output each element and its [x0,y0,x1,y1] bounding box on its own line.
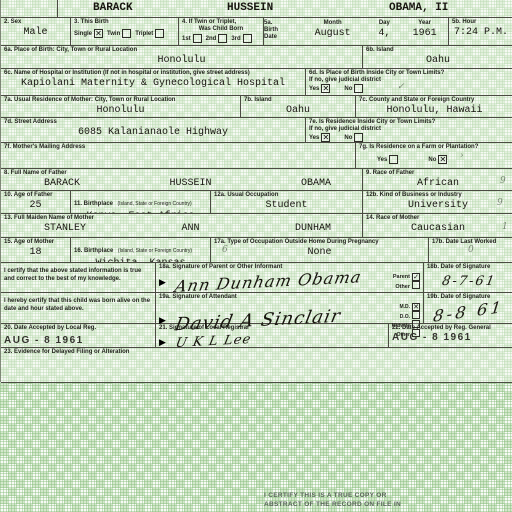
pencil-mark: 1 [502,223,508,232]
row-parent-signature: I certify that the above stated informat… [1,263,512,293]
parent-check-label: Parent [393,274,410,280]
field-8-label: 8. Full Name of Father [4,170,359,177]
field-19a-attendant-signature: 19a. Signature of Attendant ▶ David A Si… [156,293,424,323]
field-6a-place-of-birth: 6a. Place of Birth: City, Town or Rural … [1,46,363,68]
checkbox-parent: ✓ [412,273,420,281]
field-7f-label: 7f. Mother's Mailing Address [4,144,352,151]
field-11-label: 11. Birthplace [74,201,113,207]
checkbox-3rd [243,34,252,43]
field-16-label2: (Island, State or Foreign Country) [118,248,192,254]
row-attendant-signature: I hereby certify that this child was bor… [1,293,512,324]
field-15-mother-age: 15. Age of Mother 18 [1,238,71,262]
certification-statement-1-text: I certify that the above stated informat… [4,264,152,283]
reg-general-date-stamp: AUG - 8 1961 [392,332,510,343]
field-21-registrar-signature: 21. Signature of Local Registrar ▶ U K L… [156,324,389,347]
field-7g-label: 7g. Is Residence on a Farm or Plantation… [359,144,510,151]
field-6a-value: Honolulu [4,55,359,67]
field-12b-label: 12b. Kind of Business or Industry [366,192,510,199]
field-10-label: 10. Age of Father [4,192,67,199]
field-7e-no-label: No [344,134,352,142]
certificate-form: BARACK HUSSEIN OBAMA, II 2. Sex Male 3. … [0,0,512,382]
birth-year-value: 1961 [401,28,448,40]
row-street-address: 7d. Street Address 6085 Kalanianaole Hig… [1,118,512,143]
mother-maiden-name: DUNHAM [295,223,331,235]
field-7c-value: Honolulu, Hawaii [359,105,510,117]
field-this-birth-label: 3. This Birth [74,19,175,26]
pencil-mark: ✓ [397,83,405,92]
other-check-label: Other [395,284,410,290]
local-reg-date-stamp: AUG - 8 1961 [4,335,152,346]
father-middle-name: HUSSEIN [169,178,211,190]
row-place-of-birth: 6a. Place of Birth: City, Town or Rural … [1,46,512,69]
field-7c-label: 7c. County and State or Foreign Country [359,97,510,104]
field-10-value: 25 [4,200,67,212]
field-23-delayed-filing: 23. Evidence for Delayed Filing or Alter… [1,348,512,382]
field-15-value: 18 [4,247,67,259]
field-9-value: African [366,178,510,190]
field-18b-value: 8-7-61 [440,275,496,289]
row-father-name: 8. Full Name of Father BARACK HUSSEIN OB… [1,169,512,191]
field-17a-value: None [214,247,425,259]
field-19b-value: 8-8 61 [432,300,504,323]
row-birth-details: 2. Sex Male 3. This Birth Single ✕ Twin … [1,18,512,46]
checkbox-7g-yes [389,155,398,164]
field-6d-label: 6d. Is Place of Birth Inside City or Tow… [309,70,510,77]
field-20-label: 20. Date Accepted by Local Reg. [4,325,152,332]
checkbox-triplet [155,29,164,38]
pencil-mark: › [460,152,464,161]
checkbox-6d-yes: ✕ [321,84,330,93]
field-7d-label: 7d. Street Address [4,119,302,126]
field-this-birth: 3. This Birth Single ✕ Twin Triplet [71,18,179,45]
field-twin-order-label1: 4. If Twin or Triplet, [182,19,260,26]
field-6d-yes-label: Yes [309,85,319,93]
field-hour-label: 5b. Hour [452,19,510,26]
field-7e-label2: If no, give judicial district [309,126,510,133]
field-7a-value: Honolulu [4,105,237,117]
field-hour-value: 7:24 P.M. [452,27,510,39]
field-birth-date-word2: Date [264,34,298,41]
field-17a-label: 17a. Type of Occupation Outside Home Dur… [214,239,425,246]
field-18b-signature-date: 18b. Date of Signature 8-7-61 [424,263,512,292]
field-hour: 5b. Hour 7:24 P.M. [449,18,512,45]
row-mother-name: 13. Full Maiden Name of Mother STANLEY A… [1,214,512,238]
field-22-label: 22. Date Accepted by Reg. General [392,325,510,332]
true-copy-line2: ABSTRACT OF THE RECORD ON FILE IN [264,501,401,510]
mother-middle-name: ANN [181,223,199,235]
field-6b-value: Oahu [366,55,510,67]
row-mother-residence: 7a. Usual Residence of Mother: City, Tow… [1,96,512,118]
field-21-label: 21. Signature of Local Registrar [159,325,385,332]
field-7g-yes-label: Yes [377,156,387,164]
field-7b-label: 7b. Island [244,97,352,104]
field-6b-label: 6b. Island [366,47,510,54]
row-mailing-address: 7f. Mother's Mailing Address 7g. Is Resi… [1,143,512,169]
field-twin-order-label2: Was Child Born [182,26,260,33]
field-7e-city-limits: 7e. Is Residence Inside City or Town Lim… [306,118,512,142]
field-7e-yes-label: Yes [309,134,319,142]
birth-day-value: 4, [367,28,401,40]
option-triplet-label: Triplet [135,30,153,38]
field-sex: 2. Sex Male [1,18,71,45]
name-row-left-cell [1,0,58,17]
field-12a-label: 12a. Usual Occupation [214,192,359,199]
field-11-label2: (Island, State or Foreign Country) [117,201,191,207]
option-2nd-label: 2nd [206,35,217,43]
pencil-mark: 6 [222,246,228,255]
child-middle-name: HUSSEIN [227,2,273,14]
field-13-label: 13. Full Maiden Name of Mother [4,215,359,222]
mother-first-name: STANLEY [44,223,86,235]
option-twin-label: Twin [107,30,120,38]
field-7g-no-label: No [428,156,436,164]
checkbox-2nd [218,34,227,43]
md-check-label: M.D. [399,304,410,310]
father-first-name: BARACK [44,178,80,190]
row-mother-details: 15. Age of Mother 18 16. Birthplace (Isl… [1,238,512,263]
certification-statement-2: I hereby certify that this child was bor… [1,293,156,323]
field-7g-farm: 7g. Is Residence on a Farm or Plantation… [356,143,512,168]
field-14-value: Caucasian [366,223,510,235]
field-16-label: 16. Birthplace [74,248,113,254]
field-birth-date-word1: Birth [264,27,298,34]
row-registrar: 20. Date Accepted by Local Reg. AUG - 8 … [1,324,512,348]
field-6d-no-label: No [344,85,352,93]
field-8-father-name: 8. Full Name of Father BARACK HUSSEIN OB… [1,169,363,190]
checkbox-7e-yes: ✕ [321,133,330,142]
checkbox-1st [193,34,202,43]
birth-month-value: August [298,28,368,40]
checkbox-single: ✕ [94,29,103,38]
true-copy-certification: I CERTIFY THIS IS A TRUE COPY OR ABSTRAC… [264,492,401,509]
field-7f-mailing: 7f. Mother's Mailing Address [1,143,356,168]
field-17a-occupation: 17a. Type of Occupation Outside Home Dur… [211,238,429,262]
option-3rd-label: 3rd [231,35,240,43]
checkbox-7g-no: ✕ [438,155,447,164]
field-10-father-age: 10. Age of Father 25 [1,191,71,213]
field-11-value: Kenya, East Africa [74,211,207,213]
field-9-label: 9. Race of Father [366,170,510,177]
field-13-mother-name: 13. Full Maiden Name of Mother STANLEY A… [1,214,363,237]
day-header: Day [367,19,401,27]
pencil-mark: 9 [500,177,506,186]
row-father-details: 10. Age of Father 25 11. Birthplace (Isl… [1,191,512,214]
certification-statement-1: I certify that the above stated informat… [1,263,156,292]
month-header: Month [298,19,368,27]
certification-statement-2-text: I hereby certify that this child was bor… [4,294,152,313]
option-single-label: Single [74,30,92,38]
field-18a-parent-signature: 18a. Signature of Parent or Other Inform… [156,263,424,292]
checkbox-6d-no [354,84,363,93]
field-twin-order: 4. If Twin or Triplet, Was Child Born 1s… [179,18,264,45]
field-sex-value: Male [4,27,67,39]
row-delayed-filing: 23. Evidence for Delayed Filing or Alter… [1,348,512,383]
birth-certificate-scan: BARACK HUSSEIN OBAMA, II 2. Sex Male 3. … [0,0,512,512]
field-18b-label: 18b. Date of Signature [427,264,510,271]
signature-arrow-icon: ▶ [159,338,166,347]
pencil-mark: 9 [497,199,503,208]
field-6a-label: 6a. Place of Birth: City, Town or Rural … [4,47,359,54]
field-6d-label2: If no, give judicial district [309,77,510,84]
field-18a-label: 18a. Signature of Parent or Other Inform… [159,264,420,271]
child-first-name: BARACK [93,2,133,14]
field-birth-date: 5a. Birth Date Month August Day 4, Year [264,18,449,45]
field-16-mother-birthplace: 16. Birthplace (Island, State or Foreign… [71,238,211,262]
option-1st-label: 1st [182,35,191,43]
field-7b-value: Oahu [244,105,352,117]
field-sex-label: 2. Sex [4,19,67,26]
field-7d-value: 6085 Kalanianaole Highway [4,127,302,139]
field-7c-county: 7c. County and State or Foreign Country … [356,96,512,117]
field-12a-occupation: 12a. Usual Occupation Student [211,191,363,213]
field-7a-label: 7a. Usual Residence of Mother: City, Tow… [4,97,237,104]
field-7a-residence: 7a. Usual Residence of Mother: City, Tow… [1,96,241,117]
field-23-label: 23. Evidence for Delayed Filing or Alter… [4,349,510,356]
field-14-mother-race: 14. Race of Mother Caucasian [363,214,512,237]
year-header: Year [401,19,448,27]
checkbox-do [412,311,420,319]
field-22-reg-general-date: 22. Date Accepted by Reg. General AUG - … [389,324,512,347]
checkbox-other-informant [412,281,420,289]
field-7b-island: 7b. Island Oahu [241,96,356,117]
field-9-father-race: 9. Race of Father African [363,169,512,190]
parent-signature-script: Ann Dunham Obama [173,269,363,295]
field-birth-date-num: 5a. [264,20,298,27]
field-7d-street: 7d. Street Address 6085 Kalanianaole Hig… [1,118,306,142]
checkbox-twin [122,29,131,38]
father-last-name: OBAMA [301,178,331,190]
field-19b-signature-date: 19b. Date of Signature 8-8 61 [424,293,512,323]
signature-arrow-icon: ▶ [159,278,166,287]
field-19a-label: 19a. Signature of Attendant [159,294,420,301]
field-14-label: 14. Race of Mother [366,215,510,222]
child-last-name: OBAMA, II [389,2,448,14]
field-15-label: 15. Age of Mother [4,239,67,246]
true-copy-line1: I CERTIFY THIS IS A TRUE COPY OR [264,492,401,501]
checkbox-7e-no [354,133,363,142]
field-12a-value: Student [214,200,359,212]
field-6b-island: 6b. Island Oahu [363,46,512,68]
field-6d-city-limits: 6d. Is Place of Birth Inside City or Tow… [306,69,512,95]
field-11-father-birthplace: 11. Birthplace (Island, State or Foreign… [71,191,211,213]
field-20-local-reg-date: 20. Date Accepted by Local Reg. AUG - 8 … [1,324,156,347]
field-16-value: Wichita, Kansas [74,258,207,262]
row-hospital: 6c. Name of Hospital or Institution (If … [1,69,512,96]
field-6c-value: Kapiolani Maternity & Gynecological Hosp… [4,78,302,90]
field-12b-value: University [366,200,510,212]
checkbox-md: ✕ [412,303,420,311]
row-child-name: BARACK HUSSEIN OBAMA, II [1,0,512,18]
field-7e-label: 7e. Is Residence Inside City or Town Lim… [309,119,510,126]
field-12b-industry: 12b. Kind of Business or Industry Univer… [363,191,512,213]
pencil-mark: 0 [468,246,474,255]
field-6c-label: 6c. Name of Hospital or Institution (If … [4,70,302,77]
field-6c-hospital: 6c. Name of Hospital or Institution (If … [1,69,306,95]
